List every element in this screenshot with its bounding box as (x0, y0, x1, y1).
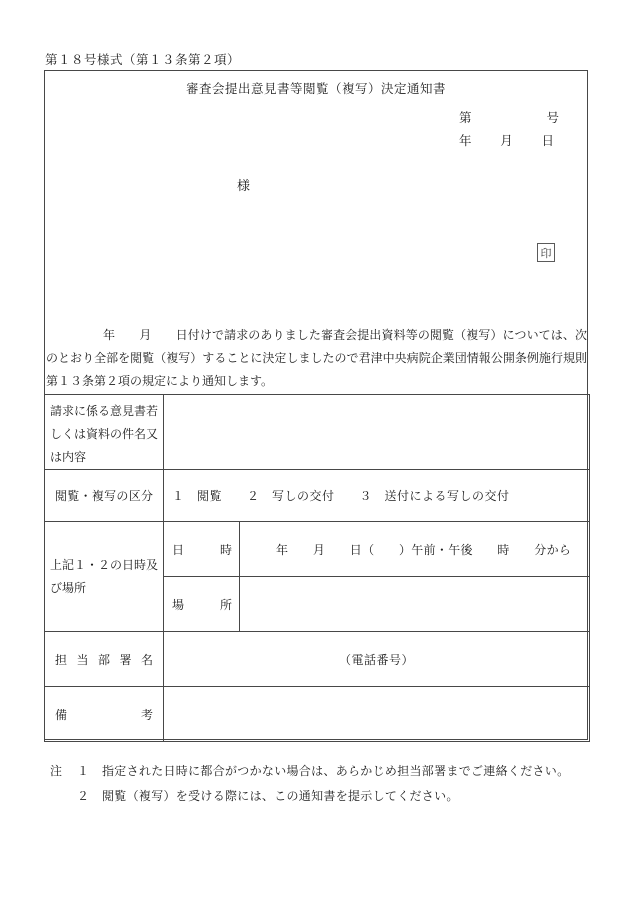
note-item: 注 １ 指定された日時に都合がつかない場合は、あらかじめ担当部署までご連絡くださ… (50, 759, 598, 784)
date-month-label: 月 (500, 131, 513, 149)
doc-number-prefix: 第 (459, 108, 472, 126)
subject-value-cell (164, 395, 590, 470)
datetime-place-label: 上記１・２の日時及び場所 (45, 522, 164, 632)
category-options: １ 閲覧 ２ 写しの交付 ３ 送付による写しの交付 (164, 470, 590, 522)
note-marker-spacer (50, 784, 77, 809)
note-item: ２ 閲覧（複写）を受ける際には、この通知書を提示してください。 (50, 784, 598, 809)
form-table: 請求に係る意見書若しくは資料の件名又は内容 閲覧・複写の区分 １ 閲覧 ２ 写し… (44, 394, 590, 742)
note-text: 閲覧（複写）を受ける際には、この通知書を提示してください。 (102, 784, 598, 809)
issue-date-line: 年 月 日 (459, 131, 554, 149)
seal-mark: 印 (537, 243, 555, 262)
note-text: 指定された日時に都合がつかない場合は、あらかじめ担当部署までご連絡ください。 (102, 759, 598, 784)
date-day-label: 日 (541, 131, 554, 149)
table-row-datetime: 上記１・２の日時及び場所 日時 年 月 日（ ）午前・午後 時 分から (45, 522, 590, 577)
addressee-suffix: 様 (237, 175, 250, 194)
notes-section: 注 １ 指定された日時に都合がつかない場合は、あらかじめ担当部署までご連絡くださ… (50, 759, 598, 809)
table-row-department: 担当部署名 （電話番号） (45, 632, 590, 687)
date-year-label: 年 (459, 131, 472, 149)
remarks-label: 備考 (50, 706, 158, 723)
table-row-subject: 請求に係る意見書若しくは資料の件名又は内容 (45, 395, 590, 470)
page: { "page": { "form_id": "第１８号様式（第１３条第２項）"… (0, 0, 630, 915)
document-number-line: 第 号 (459, 108, 559, 126)
remarks-value-cell (164, 687, 590, 742)
document-frame: 審査会提出意見書等閲覧（複写）決定通知書 第 号 年 月 日 様 印 年 月 日… (44, 70, 588, 740)
note-marker: 注 (50, 759, 77, 784)
table-row-remarks: 備考 (45, 687, 590, 742)
form-id-heading: 第１８号様式（第１３条第２項） (45, 50, 240, 68)
doc-number-suffix: 号 (546, 108, 559, 126)
note-number: １ (77, 759, 102, 784)
place-value-cell (240, 577, 590, 632)
department-label: 担当部署名 (50, 651, 158, 668)
document-title: 審査会提出意見書等閲覧（複写）決定通知書 (45, 79, 587, 97)
body-paragraph: 年 月 日付けで請求のありました審査会提出資料等の閲覧（複写）については、次のと… (46, 324, 587, 393)
table-row-category: 閲覧・複写の区分 １ 閲覧 ２ 写しの交付 ３ 送付による写しの交付 (45, 470, 590, 522)
datetime-value: 年 月 日（ ）午前・午後 時 分から (240, 522, 590, 577)
note-number: ２ (77, 784, 102, 809)
department-phone-label: （電話番号） (164, 632, 590, 687)
datetime-label: 日時 (164, 541, 239, 558)
subject-label: 請求に係る意見書若しくは資料の件名又は内容 (45, 395, 164, 470)
place-label: 場所 (164, 596, 239, 613)
category-label: 閲覧・複写の区分 (50, 487, 158, 504)
